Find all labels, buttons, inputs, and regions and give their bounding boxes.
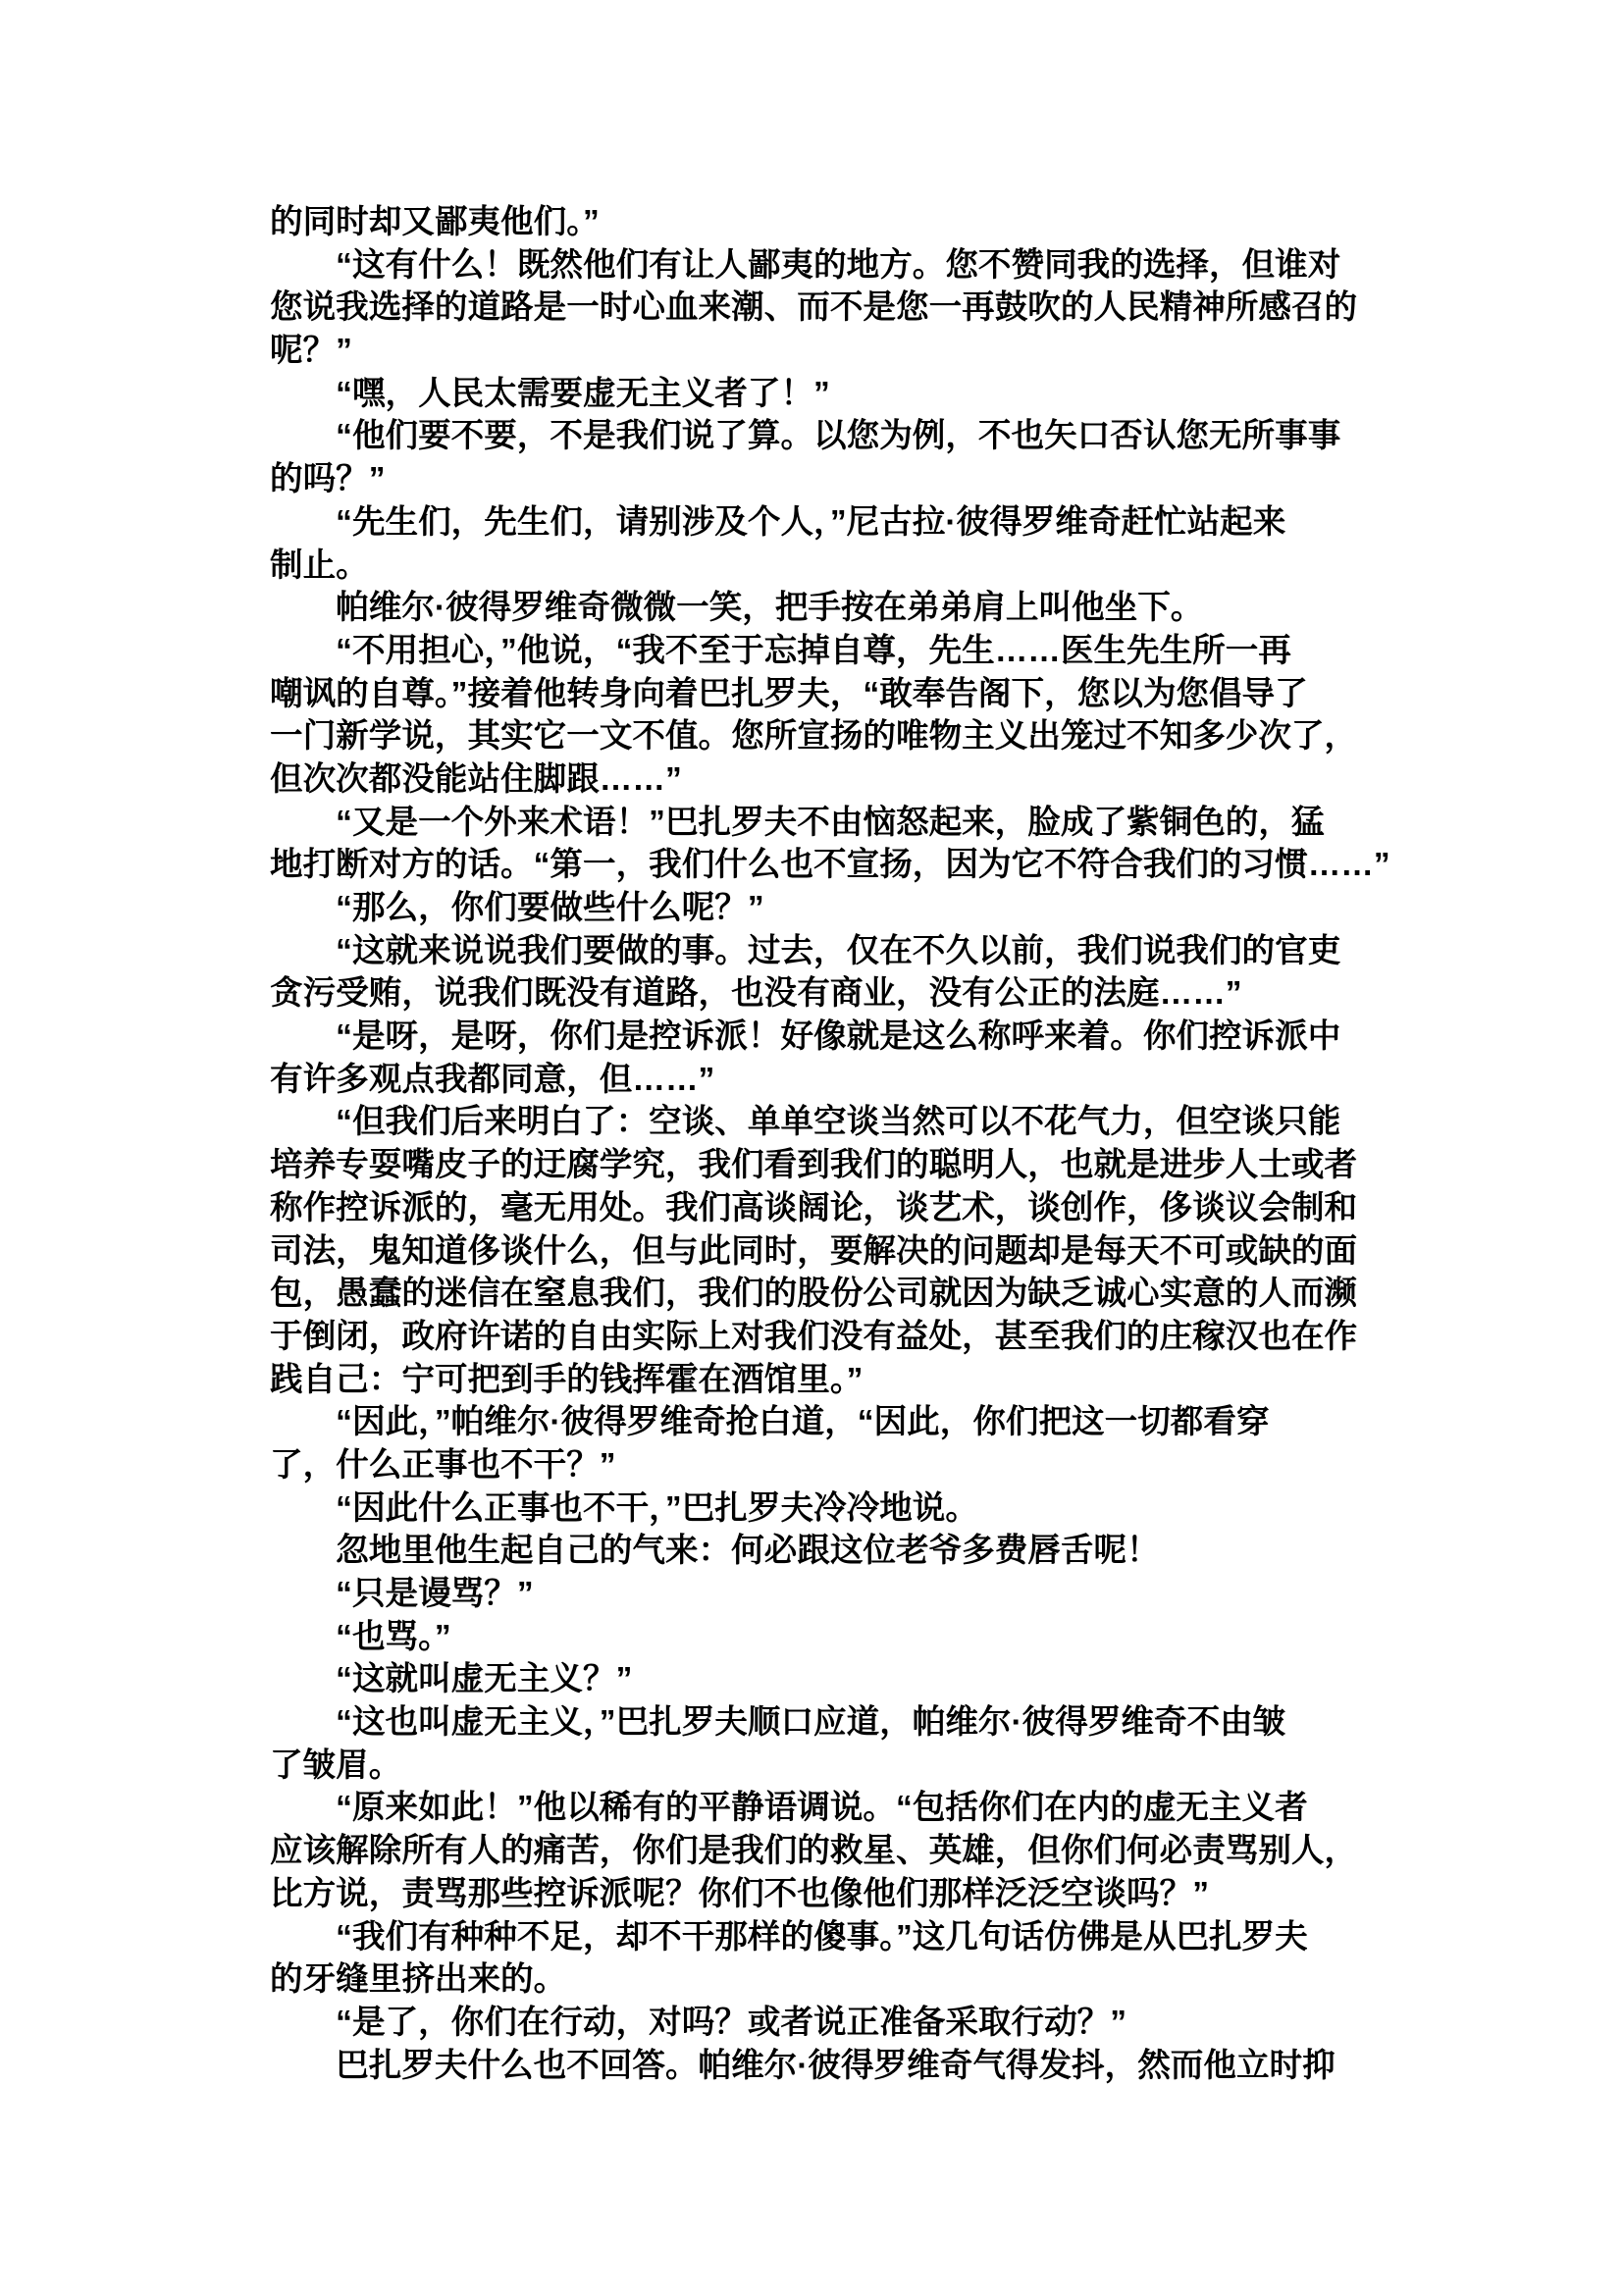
text-line: “嘿，人民太需要虚无主义者了！” bbox=[270, 373, 1428, 416]
text-line: 践自己：宁可把到手的钱挥霍在酒馆里。” bbox=[270, 1359, 1428, 1402]
text-line: 了皱眉。 bbox=[270, 1745, 1428, 1788]
text-line: “是了，你们在行动，对吗？或者说正准备采取行动？” bbox=[270, 2002, 1428, 2045]
text-line: 一门新学说，其实它一文不值。您所宣扬的唯物主义出笼过不知多少次了， bbox=[270, 715, 1428, 758]
text-line: “这就来说说我们要做的事。过去，仅在不久以前，我们说我们的官吏 bbox=[270, 930, 1428, 973]
text-line: 的牙缝里挤出来的。 bbox=[270, 1958, 1428, 2002]
text-line: 但次次都没能站住脚跟……” bbox=[270, 758, 1428, 802]
text-line: 包，愚蠢的迷信在窒息我们，我们的股份公司就因为缺乏诚心实意的人而濒 bbox=[270, 1273, 1428, 1316]
text-line: 巴扎罗夫什么也不回答。帕维尔·彼得罗维奇气得发抖，然而他立时抑 bbox=[270, 2045, 1428, 2088]
text-line: 嘲讽的自尊。”接着他转身向着巴扎罗夫，“敢奉告阁下，您以为您倡导了 bbox=[270, 673, 1428, 716]
text-line: 培养专耍嘴皮子的迂腐学究，我们看到我们的聪明人，也就是进步人士或者 bbox=[270, 1144, 1428, 1187]
text-line: 的吗？” bbox=[270, 458, 1428, 501]
text-line: “也骂。” bbox=[270, 1616, 1428, 1659]
text-line: “那么，你们要做些什么呢？” bbox=[270, 887, 1428, 930]
text-line: 称作控诉派的，毫无用处。我们高谈阔论，谈艺术，谈创作，侈谈议会制和 bbox=[270, 1187, 1428, 1230]
text-line: 您说我选择的道路是一时心血来潮、而不是您一再鼓吹的人民精神所感召的 bbox=[270, 287, 1428, 330]
text-line: 呢？” bbox=[270, 330, 1428, 373]
text-line: 忽地里他生起自己的气来：何必跟这位老爷多费唇舌呢！ bbox=[270, 1530, 1428, 1573]
text-line: “先生们，先生们，请别涉及个人，”尼古拉·彼得罗维奇赶忙站起来 bbox=[270, 501, 1428, 545]
text-line: “这就叫虚无主义？” bbox=[270, 1658, 1428, 1701]
text-line: 的同时却又鄙夷他们。” bbox=[270, 201, 1428, 244]
page-text-block: 的同时却又鄙夷他们。” “这有什么！既然他们有让人鄙夷的地方。您不赞同我的选择，… bbox=[270, 201, 1428, 2087]
text-line: “只是谩骂？” bbox=[270, 1573, 1428, 1616]
text-line: 比方说，责骂那些控诉派呢？你们不也像他们那样泛泛空谈吗？” bbox=[270, 1873, 1428, 1916]
text-line: “这也叫虚无主义，”巴扎罗夫顺口应道，帕维尔·彼得罗维奇不由皱 bbox=[270, 1701, 1428, 1745]
text-line: “他们要不要，不是我们说了算。以您为例，不也矢口否认您无所事事 bbox=[270, 415, 1428, 458]
text-line: “这有什么！既然他们有让人鄙夷的地方。您不赞同我的选择，但谁对 bbox=[270, 244, 1428, 287]
text-line: 了，什么正事也不干？” bbox=[270, 1444, 1428, 1487]
text-line: 制止。 bbox=[270, 545, 1428, 588]
text-line: 有许多观点我都同意，但……” bbox=[270, 1059, 1428, 1102]
text-line: “是呀，是呀，你们是控诉派！好像就是这么称呼来着。你们控诉派中 bbox=[270, 1016, 1428, 1059]
text-line: “不用担心，”他说，“我不至于忘掉自尊，先生……医生先生所一再 bbox=[270, 630, 1428, 673]
text-line: “因此什么正事也不干，”巴扎罗夫冷冷地说。 bbox=[270, 1487, 1428, 1531]
text-line: “我们有种种不足，却不干那样的傻事。”这几句话仿佛是从巴扎罗夫 bbox=[270, 1916, 1428, 1959]
text-line: 帕维尔·彼得罗维奇微微一笑，把手按在弟弟肩上叫他坐下。 bbox=[270, 587, 1428, 630]
document-page: 的同时却又鄙夷他们。” “这有什么！既然他们有让人鄙夷的地方。您不赞同我的选择，… bbox=[0, 0, 1624, 2294]
text-line: “原来如此！”他以稀有的平静语调说。“包括你们在内的虚无主义者 bbox=[270, 1787, 1428, 1830]
text-line: 于倒闭，政府许诺的自由实际上对我们没有益处，甚至我们的庄稼汉也在作 bbox=[270, 1316, 1428, 1359]
text-line: 贪污受贿，说我们既没有道路，也没有商业，没有公正的法庭……” bbox=[270, 972, 1428, 1016]
text-line: 地打断对方的话。“第一，我们什么也不宣扬，因为它不符合我们的习惯……” bbox=[270, 844, 1428, 887]
text-line: “但我们后来明白了：空谈、单单空谈当然可以不花气力，但空谈只能 bbox=[270, 1101, 1428, 1144]
text-line: 应该解除所有人的痛苦，你们是我们的救星、英雄，但你们何必责骂别人， bbox=[270, 1830, 1428, 1873]
text-line: “又是一个外来术语！”巴扎罗夫不由恼怒起来，脸成了紫铜色的，猛 bbox=[270, 802, 1428, 845]
text-line: “因此，”帕维尔·彼得罗维奇抢白道，“因此，你们把这一切都看穿 bbox=[270, 1401, 1428, 1444]
text-line: 司法，鬼知道侈谈什么，但与此同时，要解决的问题却是每天不可或缺的面 bbox=[270, 1230, 1428, 1274]
